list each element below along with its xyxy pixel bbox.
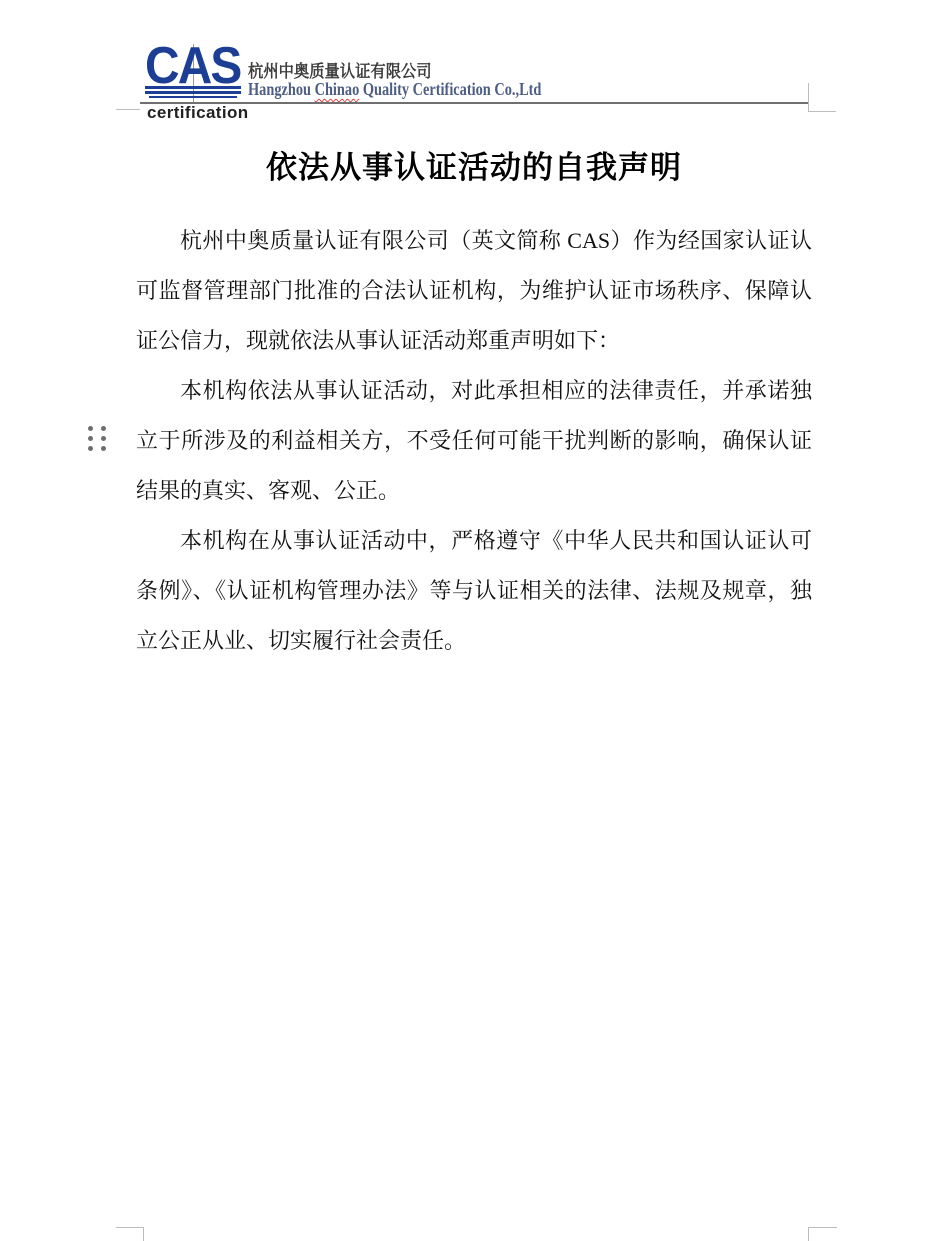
text-boundary-mark-top-right-v <box>808 83 809 112</box>
paragraph-3: 本机构在从事认证活动中，严格遵守《中华人民共和国认证认可条例》、《认证机构管理办… <box>136 516 812 666</box>
company-logo: CAS certification <box>145 44 245 124</box>
document-page: CAS certification 杭州中奥质量认证有限公司 Hangzhou … <box>0 0 951 1241</box>
paragraph-1: 杭州中奥质量认证有限公司（英文简称 CAS）作为经国家认证认可监督管理部门批准的… <box>136 216 812 366</box>
text-boundary-mark-top-left <box>116 109 140 110</box>
logo-caption: certification <box>147 103 249 123</box>
text-boundary-mark-bottom-left-h <box>116 1227 144 1228</box>
company-name-en-part2: Quality Certification Co.,Ltd <box>359 79 541 99</box>
document-body: 杭州中奥质量认证有限公司（英文简称 CAS）作为经国家认证认可监督管理部门批准的… <box>136 216 812 666</box>
document-title: 依法从事认证活动的自我声明 <box>136 142 812 187</box>
text-boundary-mark-top-right-h <box>808 111 836 112</box>
spellcheck-underlined-word: Chinao <box>315 79 360 99</box>
header-rule <box>140 102 808 104</box>
company-name-en-part1: Hangzhou <box>248 79 315 99</box>
company-name-en: Hangzhou Chinao Quality Certification Co… <box>248 79 541 100</box>
text-boundary-mark-bottom-right-h <box>808 1227 837 1228</box>
paragraph-2: 本机构依法从事认证活动，对此承担相应的法律责任，并承诺独立于所涉及的利益相关方，… <box>136 366 812 516</box>
text-boundary-mark-bottom-right-v <box>808 1227 809 1241</box>
logo-acronym: CAS <box>145 46 240 87</box>
text-boundary-mark-bottom-left-v <box>143 1227 144 1241</box>
drag-handle-dots-icon[interactable] <box>88 426 106 451</box>
